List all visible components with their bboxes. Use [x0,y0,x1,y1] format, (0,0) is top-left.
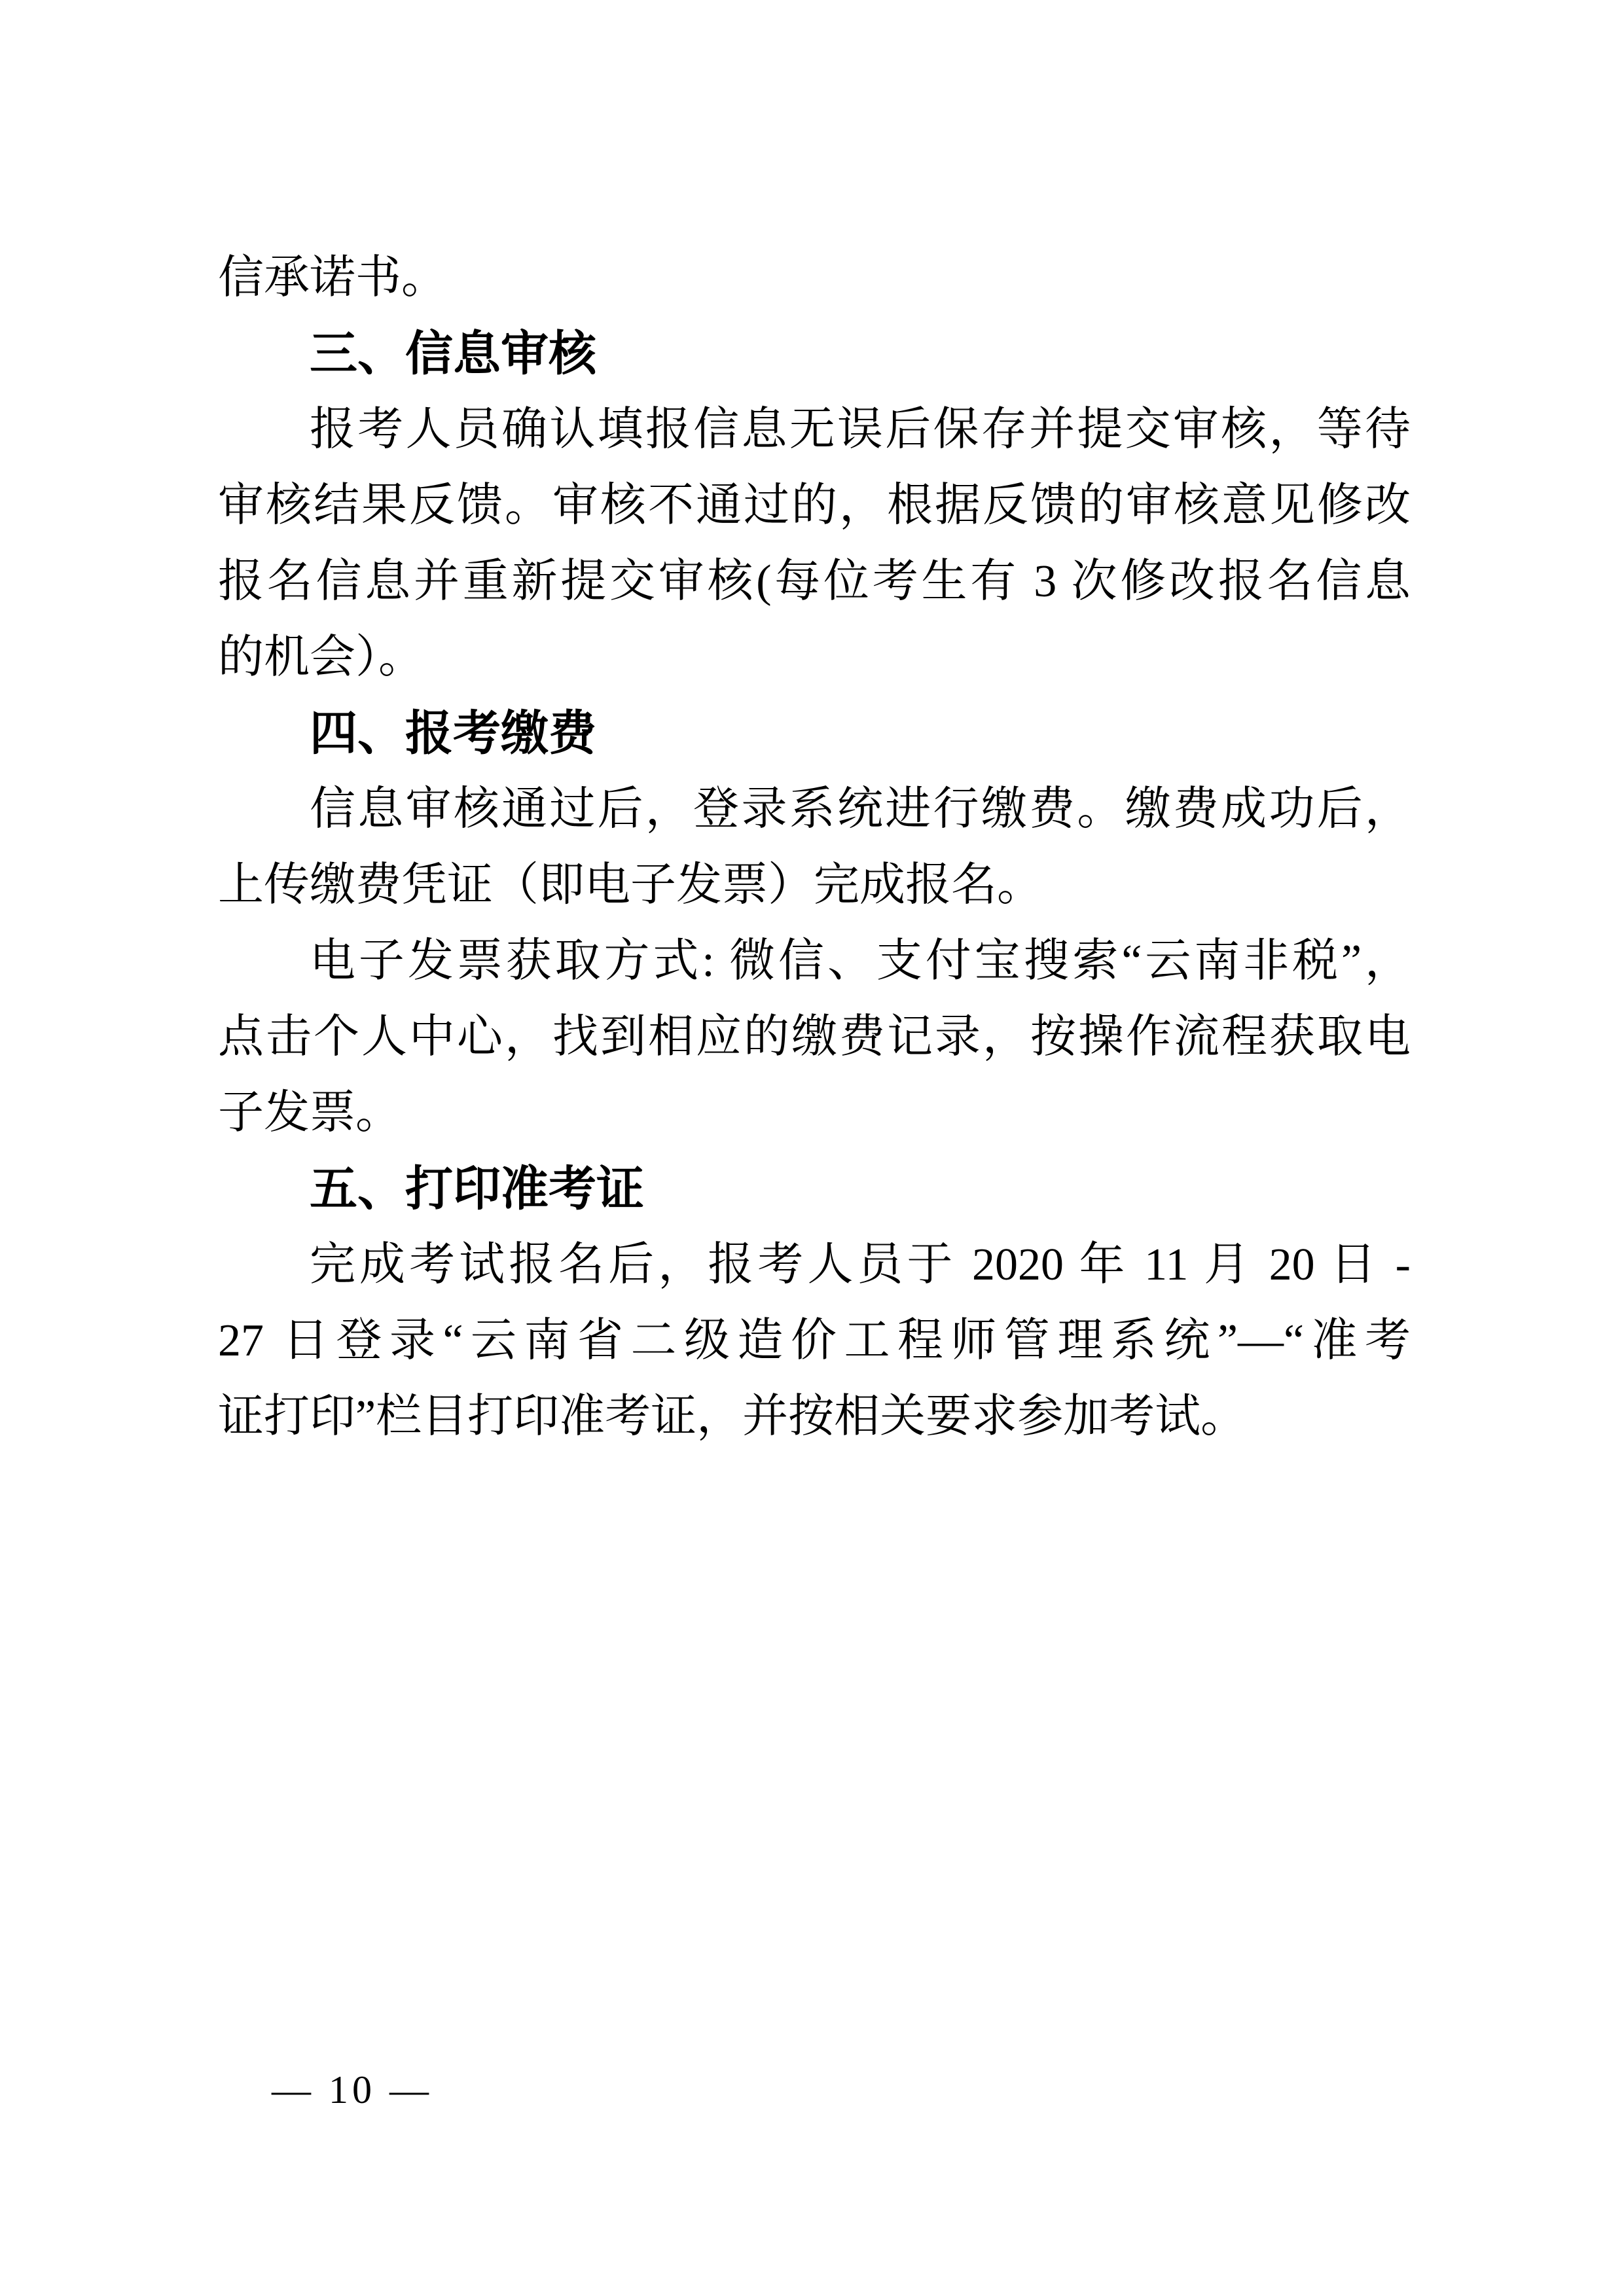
paragraph-line: 信息审核通过后，登录系统进行缴费。缴费成功后， [218,772,1411,848]
paragraph-line: 报名信息并重新提交审核(每位考生有 3 次修改报名信息 [218,544,1411,620]
paragraph-line: 27 日登录“云南省二级造价工程师管理系统”—“准考 [218,1303,1411,1379]
paragraph-line: 电子发票获取方式: 微信、支付宝搜索“云南非税”， [218,924,1411,999]
paragraph-line: 上传缴费凭证（即电子发票）完成报名。 [218,848,1411,924]
document-body: 信承诺书。 三、信息审核 报考人员确认填报信息无误后保存并提交审核，等待 审核结… [218,240,1411,1455]
heading-section-3: 三、信息审核 [218,316,1411,392]
paragraph-line: 完成考试报名后，报考人员于 2020 年 11 月 20 日 - [218,1227,1411,1303]
paragraph-line: 证打印”栏目打印准考证，并按相关要求参加考试。 [218,1379,1411,1455]
document-page: 信承诺书。 三、信息审核 报考人员确认填报信息无误后保存并提交审核，等待 审核结… [0,0,1624,2296]
heading-section-5: 五、打印准考证 [218,1151,1411,1227]
heading-section-4: 四、报考缴费 [218,696,1411,772]
paragraph-line: 点击个人中心，找到相应的缴费记录，按操作流程获取电 [218,999,1411,1075]
paragraph-line: 报考人员确认填报信息无误后保存并提交审核，等待 [218,392,1411,468]
paragraph-line: 的机会）。 [218,620,1411,696]
paragraph-line: 审核结果反馈。审核不通过的，根据反馈的审核意见修改 [218,468,1411,544]
paragraph-end-line: 信承诺书。 [218,240,1411,316]
paragraph-line: 子发票。 [218,1075,1411,1151]
page-number: — 10 — [272,2067,433,2113]
